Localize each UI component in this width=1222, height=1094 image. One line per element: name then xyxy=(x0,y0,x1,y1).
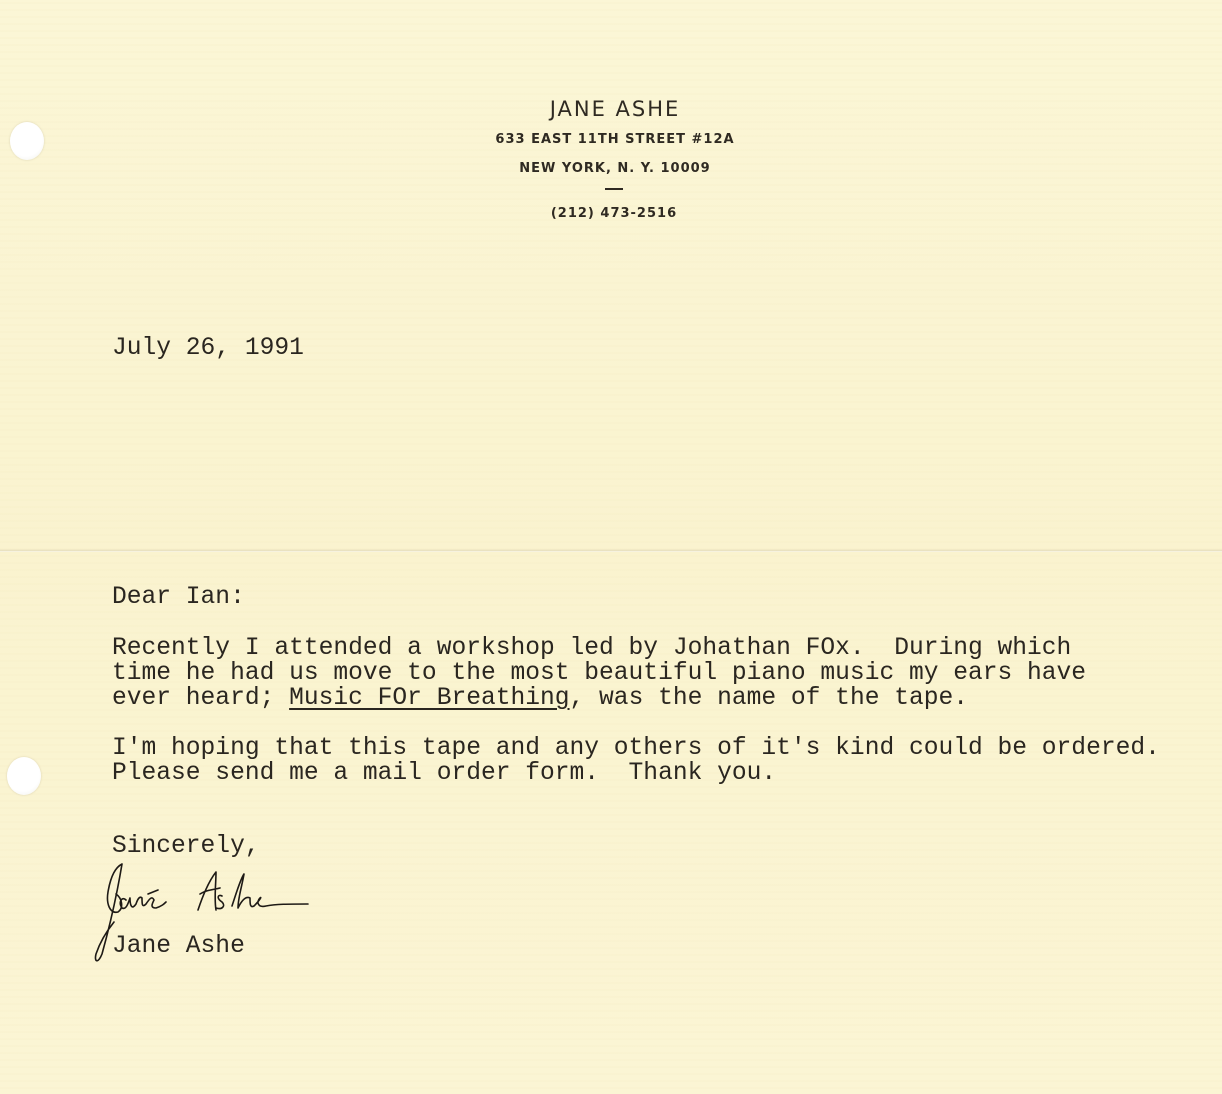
letterhead-street: 633 EAST 11TH STREET #12A xyxy=(0,132,1222,147)
line-3-suffix: , was the name of the tape. xyxy=(570,685,968,712)
signer-name: Jane Ashe xyxy=(112,934,245,959)
punch-hole-bottom xyxy=(7,757,41,795)
paragraph-1-line-2: time he had us move to the most beautifu… xyxy=(112,661,1086,686)
tape-title: Music FOr Breathing xyxy=(289,685,569,712)
letterhead-divider xyxy=(605,188,623,190)
letter-closing: Sincerely, xyxy=(112,834,260,859)
letter-salutation: Dear Ian: xyxy=(112,585,245,610)
paper-fold-crease xyxy=(0,549,1222,552)
paragraph-1-line-1: Recently I attended a workshop led by Jo… xyxy=(112,636,1071,661)
letterhead-phone: (212) 473-2516 xyxy=(0,206,1222,221)
letterhead-city: NEW YORK, N. Y. 10009 xyxy=(0,161,1222,176)
line-3-prefix: ever heard; xyxy=(112,685,289,712)
letter-date: July 26, 1991 xyxy=(112,336,304,361)
paragraph-1-line-3: ever heard; Music FOr Breathing, was the… xyxy=(112,686,968,711)
paragraph-2-line-2: Please send me a mail order form. Thank … xyxy=(112,761,776,786)
letterhead-name: JANE ASHE xyxy=(0,97,1222,121)
paragraph-2-line-1: I'm hoping that this tape and any others… xyxy=(112,736,1160,761)
